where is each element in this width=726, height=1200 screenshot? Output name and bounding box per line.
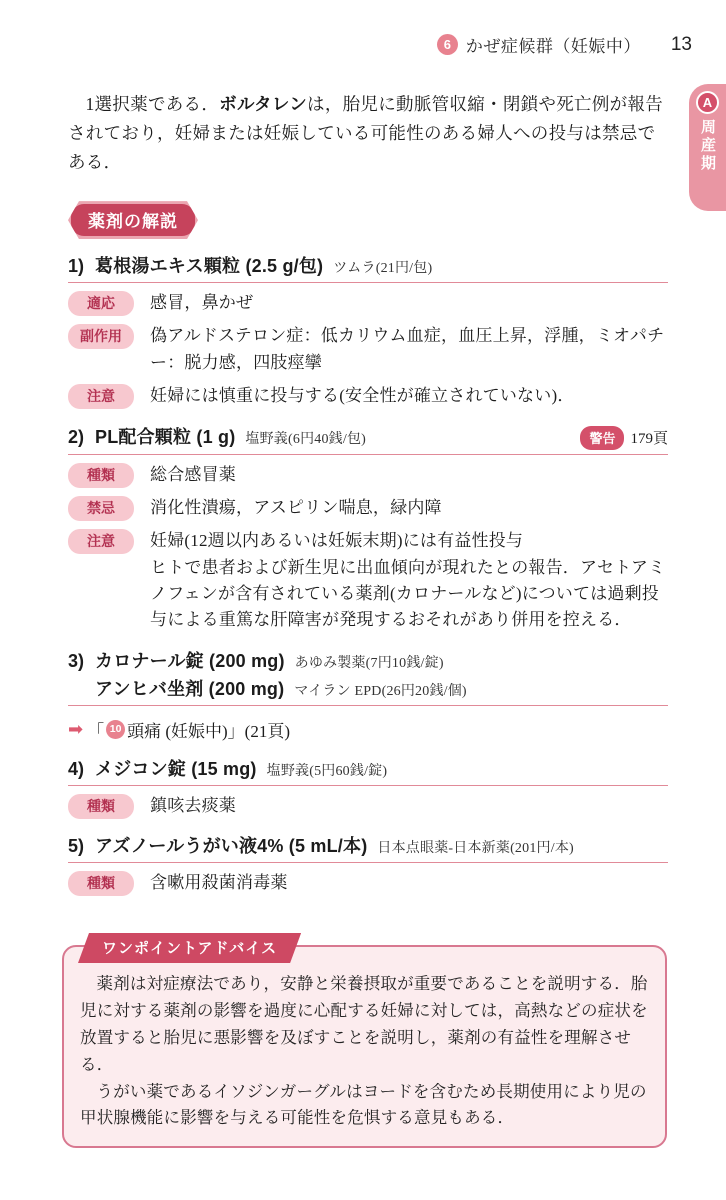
drug-attribute-row: 適応 感冒，鼻かぜ: [68, 290, 668, 316]
section-side-tab: A 周産期: [689, 84, 726, 211]
drug-heading: 2) PL配合顆粒 (1 g) 塩野義(6円40銭/包) 警告 179頁: [68, 423, 668, 455]
tag-value: 妊婦には慎重に投与する(安全性が確立されていない)．: [150, 383, 575, 409]
drug-maker: 塩野義(6円40銭/包): [245, 428, 366, 448]
chapter-number-icon: 6: [437, 34, 458, 55]
drug-attribute-row: 種類 含嗽用殺菌消毒薬: [68, 870, 668, 896]
drug-name: アズノールうがい液4% (5 mL/本): [95, 832, 367, 858]
warning-reference: 警告 179頁: [580, 426, 668, 450]
tag-value: 感冒，鼻かぜ: [150, 290, 253, 316]
drug-number: 5): [68, 836, 95, 857]
drug-attribute-row: 種類 鎮咳去痰薬: [68, 793, 668, 819]
drug-heading: 1) 葛根湯エキス顆粒 (2.5 g/包) ツムラ(21円/包): [68, 252, 668, 283]
tag-badge-contraindication: 禁忌: [68, 496, 134, 521]
drug-attribute-row: 副作用 偽アルドステロン症：低カリウム血症，血圧上昇，浮腫，ミオパチー：脱力感，…: [68, 323, 668, 376]
tag-value: 鎮咳去痰薬: [150, 793, 236, 819]
arrow-right-icon: ➡: [68, 719, 83, 740]
drug-heading: 5) アズノールうがい液4% (5 mL/本) 日本点眼薬-日本新薬(201円/…: [68, 832, 668, 863]
section-letter-icon: A: [696, 91, 719, 114]
page-number: 13: [671, 34, 692, 56]
drug-name: カロナール錠 (200 mg): [95, 647, 285, 673]
tag-value: 含嗽用殺菌消毒薬: [150, 870, 288, 896]
drug-maker: あゆみ製薬(7円10銭/錠): [295, 652, 444, 672]
chapter-title: かぜ症候群（妊娠中）: [466, 32, 641, 57]
tag-badge-caution: 注意: [68, 529, 134, 554]
drug-number: 2): [68, 427, 95, 448]
tag-badge-indication: 適応: [68, 291, 134, 316]
drug-maker: ツムラ(21円/包): [333, 257, 432, 277]
drug-name: PL配合顆粒 (1 g): [95, 423, 235, 449]
section-title: 薬剤の解説: [71, 204, 195, 236]
drug-entry-5: 5) アズノールうがい液4% (5 mL/本) 日本点眼薬-日本新薬(201円/…: [68, 832, 668, 896]
drug-entry-2: 2) PL配合顆粒 (1 g) 塩野義(6円40銭/包) 警告 179頁 種類 …: [68, 423, 668, 634]
intro-paragraph: 1選択薬である．ボルタレンは，胎児に動脈管収縮・閉鎖や死亡例が報告されており，妊…: [68, 90, 668, 177]
main-content: 1選択薬である．ボルタレンは，胎児に動脈管収縮・閉鎖や死亡例が報告されており，妊…: [68, 90, 668, 896]
advice-paragraph-1: 薬剤は対症療法であり，安静と栄養摂取が重要であることを説明する．胎児に対する薬剤…: [80, 971, 649, 1079]
warning-badge: 警告: [580, 426, 624, 450]
drug-maker: 塩野義(5円60銭/錠): [267, 760, 388, 780]
drug-attribute-row: 注意 妊婦には慎重に投与する(安全性が確立されていない)．: [68, 383, 668, 409]
section-ribbon: 薬剤の解説: [68, 201, 198, 239]
advice-paragraph-2: うがい薬であるイソジンガーグルはヨードを含むため長期使用により児の甲状腺機能に影…: [80, 1079, 649, 1133]
caution-line-2: ヒトで患者および新生児に出血傾向が現れたとの報告．アセトアミノフェンが含有されて…: [150, 555, 668, 634]
drug-entry-3: 3) カロナール錠 (200 mg) あゆみ製薬(7円10銭/錠) アンヒバ坐剤…: [68, 647, 668, 742]
drug-number: 4): [68, 759, 95, 780]
one-point-advice-box: ワンポイントアドバイス 薬剤は対症療法であり，安静と栄養摂取が重要であることを説…: [62, 945, 667, 1148]
drug-name: 葛根湯エキス顆粒 (2.5 g/包): [95, 252, 323, 278]
caution-line-1: 妊婦(12週以内あるいは妊娠末期)には有益性投与: [150, 528, 668, 554]
crossref-text: 頭痛 (妊娠中)」(21頁): [127, 717, 290, 742]
drug-attribute-row: 種類 総合感冒薬: [68, 462, 668, 488]
drug-entry-4: 4) メジコン錠 (15 mg) 塩野義(5円60銭/錠) 種類 鎮咳去痰薬: [68, 755, 668, 819]
drug-maker: 日本点眼薬-日本新薬(201円/本): [377, 837, 573, 857]
drug-name: メジコン錠 (15 mg): [95, 755, 257, 781]
cross-reference-line: ➡ 「 10 頭痛 (妊娠中)」(21頁): [68, 717, 668, 742]
tag-badge-caution: 注意: [68, 384, 134, 409]
tag-badge-type: 種類: [68, 463, 134, 488]
crossref-open-bracket: 「: [87, 717, 104, 742]
drug-number: 3): [68, 651, 95, 672]
intro-text-1: 1選択薬である．: [86, 94, 220, 114]
warning-page-ref: 179頁: [630, 427, 668, 448]
tag-badge-type: 種類: [68, 871, 134, 896]
section-tab-label: 周産期: [697, 119, 718, 173]
crossref-number-icon: 10: [106, 720, 125, 739]
tag-badge-side-effects: 副作用: [68, 324, 134, 349]
intro-drug-name-bold: ボルタレン: [219, 94, 307, 114]
tag-value: 総合感冒薬: [150, 462, 236, 488]
drug-heading: 3) カロナール錠 (200 mg) あゆみ製薬(7円10銭/錠) アンヒバ坐剤…: [68, 647, 668, 706]
drug-name-2: アンヒバ坐剤 (200 mg): [95, 675, 284, 701]
drug-number: 1): [68, 256, 95, 277]
tag-value: 妊婦(12週以内あるいは妊娠末期)には有益性投与 ヒトで患者および新生児に出血傾…: [150, 528, 668, 633]
page-header: 6 かぜ症候群（妊娠中） 13: [437, 32, 692, 57]
drug-heading: 4) メジコン錠 (15 mg) 塩野義(5円60銭/錠): [68, 755, 668, 786]
tag-badge-type: 種類: [68, 794, 134, 819]
drug-attribute-row: 注意 妊婦(12週以内あるいは妊娠末期)には有益性投与 ヒトで患者および新生児に…: [68, 528, 668, 633]
advice-banner-title: ワンポイントアドバイス: [78, 933, 301, 963]
tag-value: 消化性潰瘍，アスピリン喘息，緑内障: [150, 495, 442, 521]
tag-value: 偽アルドステロン症：低カリウム血症，血圧上昇，浮腫，ミオパチー：脱力感，四肢痙攣: [150, 323, 668, 376]
drug-maker-2: マイラン EPD(26円20銭/個): [294, 680, 466, 700]
drug-entry-1: 1) 葛根湯エキス顆粒 (2.5 g/包) ツムラ(21円/包) 適応 感冒，鼻…: [68, 252, 668, 409]
drug-attribute-row: 禁忌 消化性潰瘍，アスピリン喘息，緑内障: [68, 495, 668, 521]
